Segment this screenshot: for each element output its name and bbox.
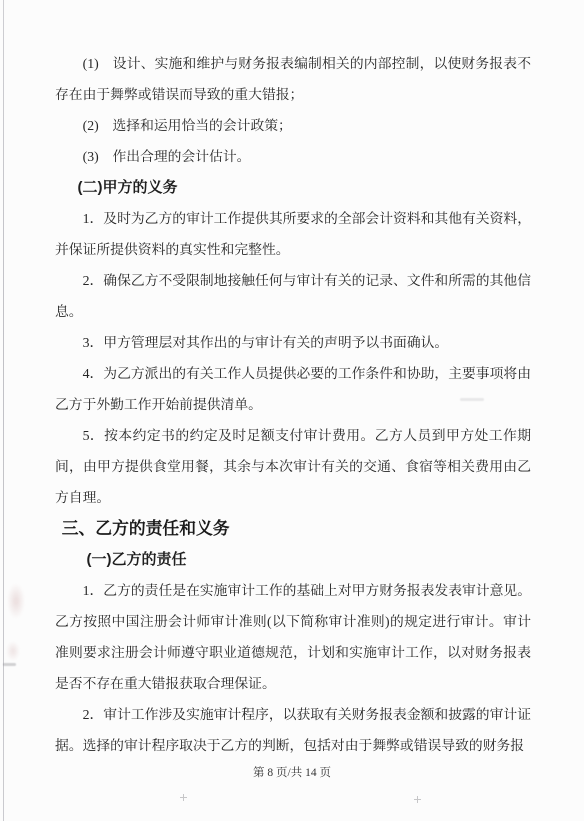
numbered-clause-3: (3) 作出合理的会计估计。	[55, 141, 531, 172]
obligation-item-4: 4．为乙方派出的有关工作人员提供必要的工作条件和协助，主要事项将由乙方于外勤工作…	[55, 358, 531, 420]
heading-section-three: 三、乙方的责任和义务	[55, 513, 531, 544]
scan-mark	[3, 663, 16, 666]
obligation-item-3: 3．甲方管理层对其作出的与审计有关的声明予以书面确认。	[55, 327, 531, 358]
heading-party-b-responsibility: (一)乙方的责任	[55, 544, 531, 575]
numbered-clause-1: (1) 设计、实施和维护与财务报表编制相关的内部控制，以使财务报表不存在由于舞弊…	[55, 48, 531, 110]
registration-cross-mark	[414, 796, 421, 803]
scan-edge-line	[3, 0, 4, 821]
scan-smudge	[6, 641, 20, 661]
obligation-item-5: 5．按本约定书的约定及时足额支付审计费用。乙方人员到甲方处工作期间，由甲方提供食…	[55, 420, 531, 513]
obligation-item-1: 1．及时为乙方的审计工作提供其所要求的全部会计资料和其他有关资料，并保证所提供资…	[55, 203, 531, 265]
page-number: 第 8 页/共 14 页	[253, 767, 331, 779]
registration-cross-mark	[180, 794, 187, 801]
numbered-clause-2: (2) 选择和运用恰当的会计政策；	[55, 110, 531, 141]
page-footer: 第 8 页/共 14 页	[0, 765, 584, 781]
responsibility-item-1: 1．乙方的责任是在实施审计工作的基础上对甲方财务报表发表审计意见。乙方按照中国注…	[55, 575, 531, 699]
heading-party-a-obligations: (二)甲方的义务	[55, 172, 531, 203]
document-body: (1) 设计、实施和维护与财务报表编制相关的内部控制，以使财务报表不存在由于舞弊…	[55, 48, 531, 761]
obligation-item-2: 2．确保乙方不受限制地接触任何与审计有关的记录、文件和所需的其他信息。	[55, 265, 531, 327]
scan-smudge	[7, 583, 25, 619]
responsibility-item-2: 2．审计工作涉及实施审计程序，以获取有关财务报表金额和披露的审计证据。选择的审计…	[55, 699, 531, 761]
scanned-document-page: (1) 设计、实施和维护与财务报表编制相关的内部控制，以使财务报表不存在由于舞弊…	[0, 0, 584, 821]
